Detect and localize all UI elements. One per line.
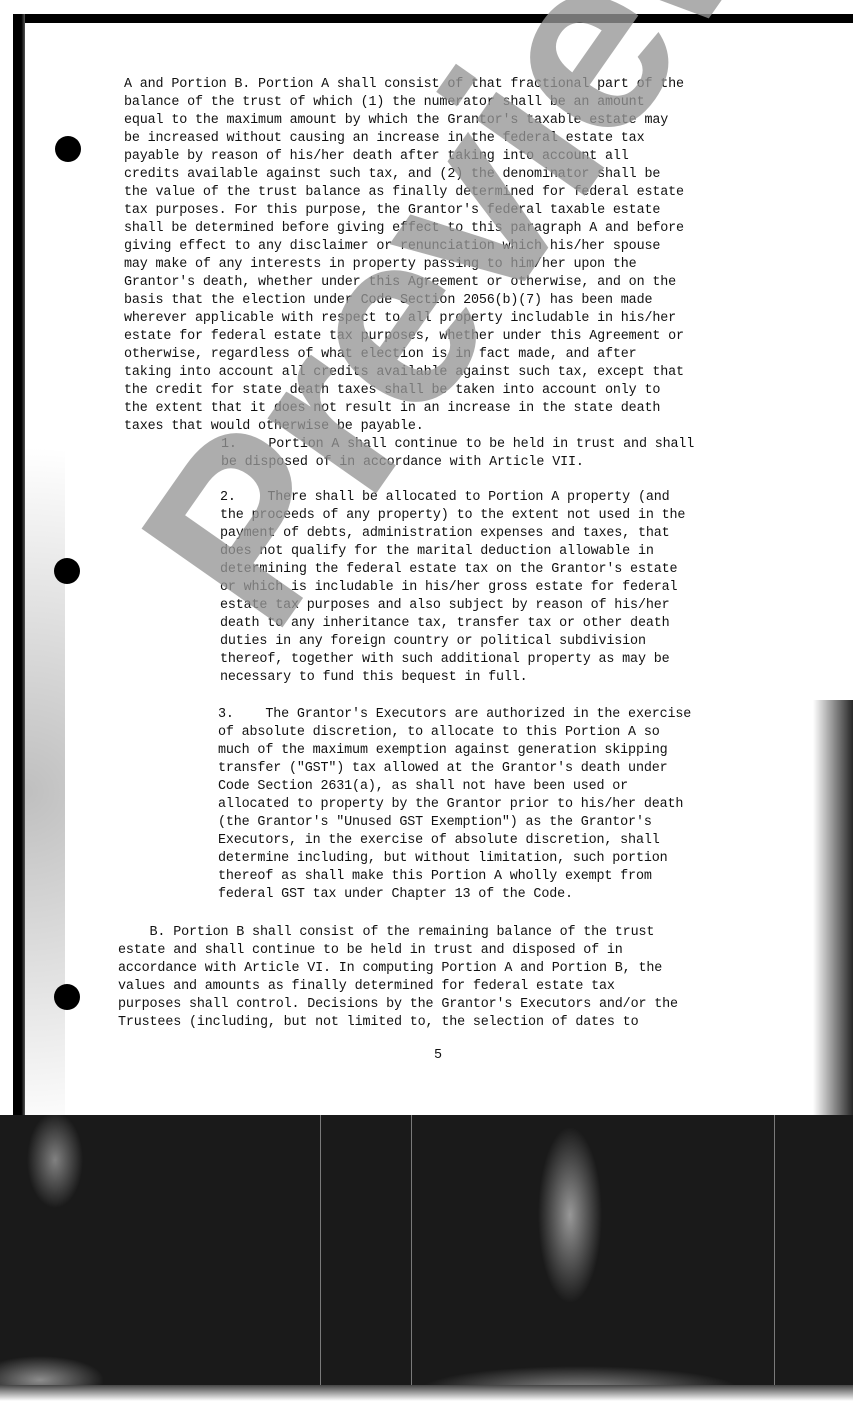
text-line: the proceeds of any property) to the ext…: [220, 507, 685, 525]
text-line: necessary to fund this bequest in full.: [220, 669, 528, 687]
text-line: duties in any foreign country or politic…: [220, 633, 646, 651]
text-line: 2. There shall be allocated to Portion A…: [220, 489, 670, 507]
text-line: credits available against such tax, and …: [124, 166, 660, 184]
text-line: 3. The Grantor's Executors are authorize…: [218, 706, 691, 724]
page-number: 5: [434, 1047, 442, 1065]
text-line: transfer ("GST") tax allowed at the Gran…: [218, 760, 668, 778]
text-line: A and Portion B. Portion A shall consist…: [124, 76, 684, 94]
text-line: B. Portion B shall consist of the remain…: [118, 924, 654, 942]
text-line: balance of the trust of which (1) the nu…: [124, 94, 644, 112]
text-line: giving effect to any disclaimer or renun…: [124, 238, 660, 256]
scan-background-dark: [0, 1115, 853, 1401]
text-line: may make of any interests in property pa…: [124, 256, 637, 274]
text-line: Code Section 2631(a), as shall not have …: [218, 778, 628, 796]
text-line: determining the federal estate tax on th…: [220, 561, 677, 579]
text-line: payable by reason of his/her death after…: [124, 148, 629, 166]
text-line: Executors, in the exercise of absolute d…: [218, 832, 660, 850]
scan-line-artifact: [774, 1115, 775, 1385]
text-line: or which is includable in his/her gross …: [220, 579, 677, 597]
text-line: allocated to property by the Grantor pri…: [218, 796, 683, 814]
text-line: determine including, but without limitat…: [218, 850, 668, 868]
text-line: estate and shall continue to be held in …: [118, 942, 623, 960]
text-line: the value of the trust balance as finall…: [124, 184, 684, 202]
text-line: estate for federal estate tax purposes, …: [124, 328, 684, 346]
text-line: equal to the maximum amount by which the…: [124, 112, 668, 130]
text-line: basis that the election under Code Secti…: [124, 292, 652, 310]
text-line: shall be determined before giving effect…: [124, 220, 684, 238]
text-line: tax purposes. For this purpose, the Gran…: [124, 202, 660, 220]
text-line: Trustees (including, but not limited to,…: [118, 1014, 638, 1032]
text-line: wherever applicable with respect to all …: [124, 310, 676, 328]
text-line: accordance with Article VI. In computing…: [118, 960, 662, 978]
scan-line-artifact: [320, 1115, 321, 1385]
text-line: be increased without causing an increase…: [124, 130, 644, 148]
text-line: taking into account all credits availabl…: [124, 364, 684, 382]
scan-line-artifact: [411, 1115, 412, 1385]
text-line: estate tax purposes and also subject by …: [220, 597, 670, 615]
text-line: otherwise, regardless of what election i…: [124, 346, 637, 364]
document-page: A and Portion B. Portion A shall consist…: [0, 0, 853, 1115]
text-line: of absolute discretion, to allocate to t…: [218, 724, 660, 742]
scan-bottom-edge: [0, 1385, 853, 1401]
text-line: payment of debts, administration expense…: [220, 525, 670, 543]
text-line: thereof, together with such additional p…: [220, 651, 670, 669]
text-line: purposes shall control. Decisions by the…: [118, 996, 678, 1014]
text-line: Grantor's death, whether under this Agre…: [124, 274, 676, 292]
text-line: (the Grantor's "Unused GST Exemption") a…: [218, 814, 652, 832]
text-line: values and amounts as finally determined…: [118, 978, 615, 996]
text-line: thereof as shall make this Portion A who…: [218, 868, 652, 886]
text-line: death to any inheritance tax, transfer t…: [220, 615, 670, 633]
text-line: be disposed of in accordance with Articl…: [221, 454, 584, 472]
text-line: 1. Portion A shall continue to be held i…: [221, 436, 694, 454]
text-line: federal GST tax under Chapter 13 of the …: [218, 886, 573, 904]
text-line: does not qualify for the marital deducti…: [220, 543, 654, 561]
text-line: the credit for state death taxes shall b…: [124, 382, 660, 400]
text-line: the extent that it does not result in an…: [124, 400, 660, 418]
text-line: much of the maximum exemption against ge…: [218, 742, 668, 760]
text-line: taxes that would otherwise be payable.: [124, 418, 424, 436]
